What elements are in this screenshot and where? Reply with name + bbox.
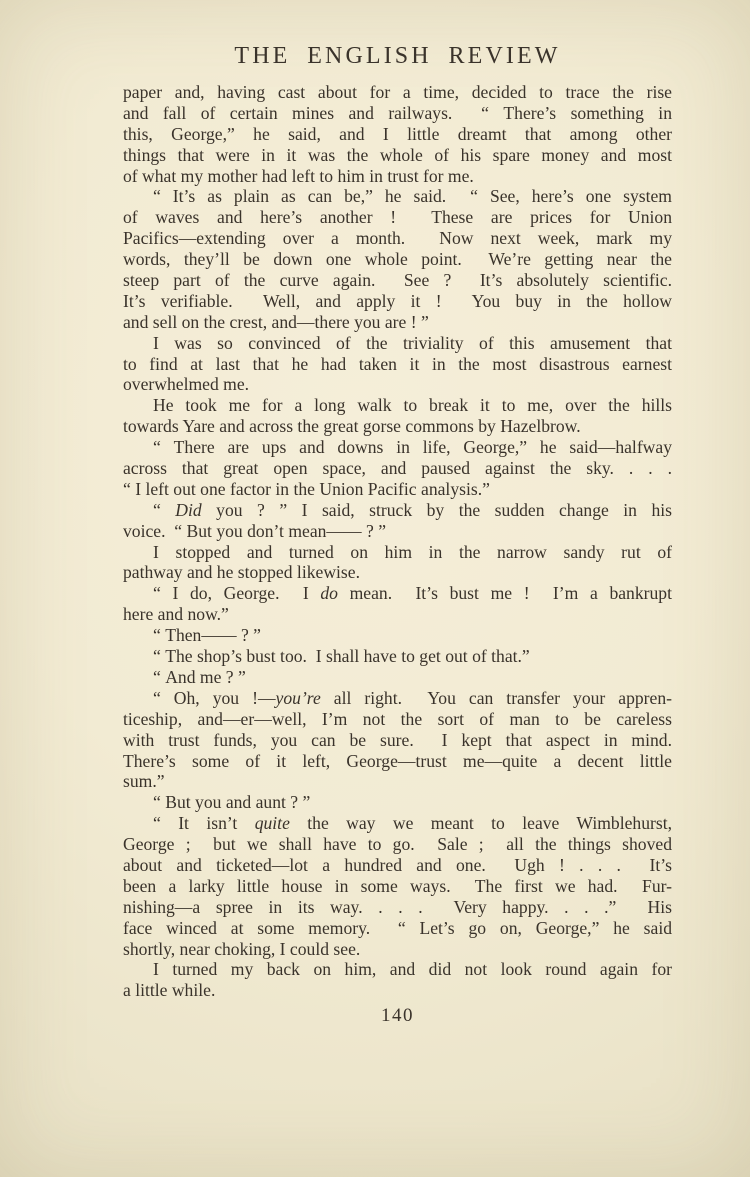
paragraph: He took me for a long walk to break it t… [123,395,672,437]
running-head-title: THE ENGLISH REVIEW [123,42,672,70]
text-line: across that great open space, and paused… [123,458,672,479]
paragraph: “ Did you ? ” I said, struck by the sudd… [123,500,672,542]
paragraph: “ Then—— ? ” [123,625,672,646]
text-line: “ I left out one factor in the Union Pac… [123,479,672,500]
body-text: paper and, having cast about for a time,… [123,82,672,1001]
text-line: a little while. [123,980,672,1001]
text-line: of waves and here’s another ! These are … [123,207,672,228]
text-line: It’s verifiable. Well, and apply it ! Yo… [123,291,672,312]
paragraph: I stopped and turned on him in the narro… [123,542,672,584]
paragraph: I was so convinced of the triviality of … [123,333,672,396]
text-line: things that were in it was the whole of … [123,145,672,166]
paragraph: “ And me ? ” [123,667,672,688]
text-line: I was so convinced of the triviality of … [123,333,672,354]
text-line: ticeship, and—er—well, I’m not the sort … [123,709,672,730]
text-line: with trust funds, you can be sure. I kep… [123,730,672,751]
text-line: and sell on the crest, and—there you are… [123,312,672,333]
text-line: words, they’ll be down one whole point. … [123,249,672,270]
paragraph: “ The shop’s bust too. I shall have to g… [123,646,672,667]
text-line: and fall of certain mines and railways. … [123,103,672,124]
text-line: “ Then—— ? ” [123,625,672,646]
paragraph: “ It isn’t quite the way we meant to lea… [123,813,672,959]
text-line: “ And me ? ” [123,667,672,688]
text-line: Pacifics—extending over a month. Now nex… [123,228,672,249]
text-line: shortly, near choking, I could see. [123,939,672,960]
text-line: steep part of the curve again. See ? It’… [123,270,672,291]
text-line: been a larky little house in some ways. … [123,876,672,897]
text-line: “ It’s as plain as can be,” he said. “ S… [123,186,672,207]
text-line: voice. “ But you don’t mean—— ? ” [123,521,672,542]
text-line: “ Did you ? ” I said, struck by the sudd… [123,500,672,521]
text-line: of what my mother had left to him in tru… [123,166,672,187]
text-line: There’s some of it left, George—trust me… [123,751,672,772]
paragraph: paper and, having cast about for a time,… [123,82,672,186]
text-line: face winced at some memory. “ Let’s go o… [123,918,672,939]
text-line: about and ticketed—lot a hundred and one… [123,855,672,876]
text-line: towards Yare and across the great gorse … [123,416,672,437]
text-line: paper and, having cast about for a time,… [123,82,672,103]
page-number: 140 [123,1004,672,1028]
scanned-book-page: THE ENGLISH REVIEW paper and, having cas… [0,0,750,1177]
text-line: “ Oh, you !—you’re all right. You can tr… [123,688,672,709]
text-line: “ I do, George. I do mean. It’s bust me … [123,583,672,604]
text-line: “ But you and aunt ? ” [123,792,672,813]
text-line: overwhelmed me. [123,374,672,395]
paragraph: I turned my back on him, and did not loo… [123,959,672,1001]
text-line: I stopped and turned on him in the narro… [123,542,672,563]
text-line: to find at last that he had taken it in … [123,354,672,375]
text-line: He took me for a long walk to break it t… [123,395,672,416]
text-line: “ There are ups and downs in life, Georg… [123,437,672,458]
text-line: George ; but we shall have to go. Sale ;… [123,834,672,855]
text-line: sum.” [123,771,672,792]
text-line: here and now.” [123,604,672,625]
paragraph: “ It’s as plain as can be,” he said. “ S… [123,186,672,332]
text-line: this, George,” he said, and I little dre… [123,124,672,145]
text-line: pathway and he stopped likewise. [123,562,672,583]
text-line: nishing—a spree in its way. . . . Very h… [123,897,672,918]
paragraph: “ But you and aunt ? ” [123,792,672,813]
paragraph: “ Oh, you !—you’re all right. You can tr… [123,688,672,792]
paragraph: “ There are ups and downs in life, Georg… [123,437,672,500]
text-line: “ The shop’s bust too. I shall have to g… [123,646,672,667]
text-line: “ It isn’t quite the way we meant to lea… [123,813,672,834]
text-line: I turned my back on him, and did not loo… [123,959,672,980]
paragraph: “ I do, George. I do mean. It’s bust me … [123,583,672,625]
